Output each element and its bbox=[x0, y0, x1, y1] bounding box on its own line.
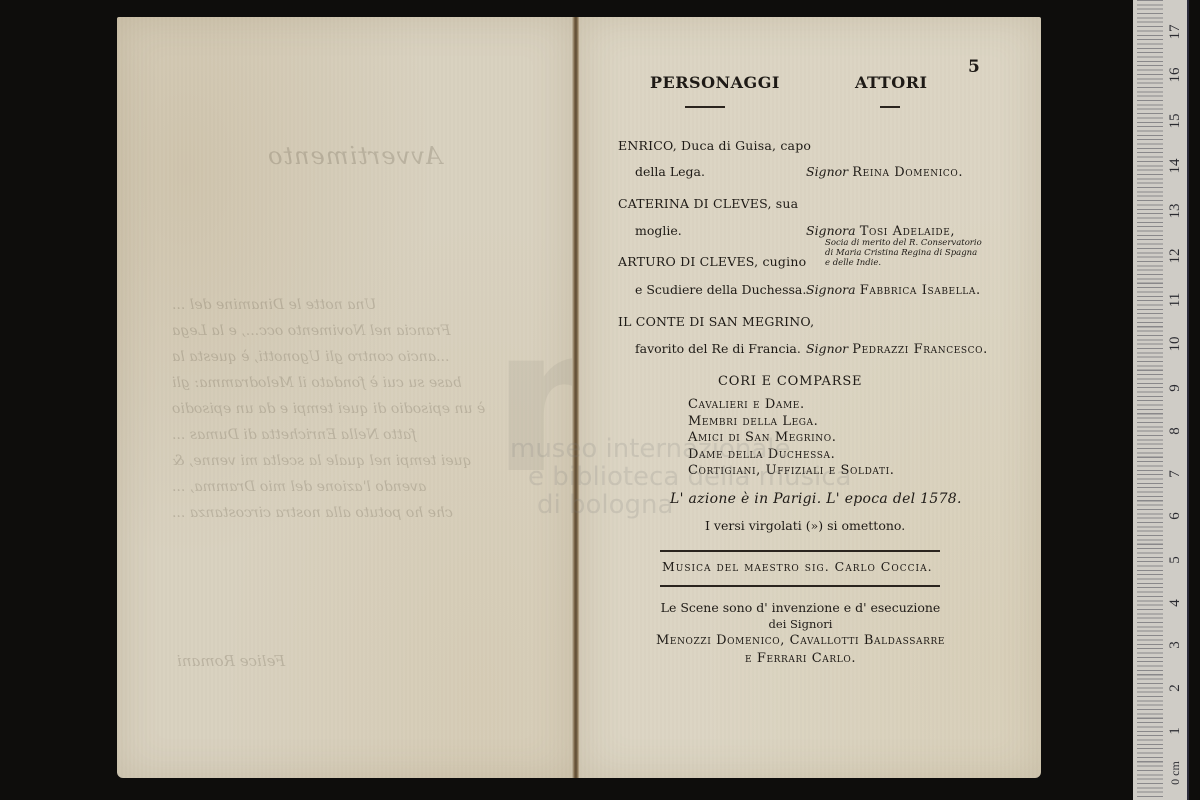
bleed-through-signature: Felice Romani bbox=[177, 652, 285, 670]
header-rule bbox=[880, 106, 900, 108]
ruler-label: 15 bbox=[1167, 109, 1183, 133]
ruler-label: 2 bbox=[1167, 676, 1183, 700]
ruler-label: 6 bbox=[1167, 504, 1183, 528]
scenery-line: Menozzi Domenico, Cavallotti Baldassarre bbox=[600, 633, 1001, 648]
right-page: 5 PERSONAGGI ATTORI ENRICO, Duca di Guis… bbox=[580, 17, 1041, 778]
scan-background: Avvertimento Una notte le Dinamine del .… bbox=[0, 0, 1200, 800]
watermark-text: e biblioteca della musica bbox=[528, 464, 851, 490]
ruler-label: 3 bbox=[1167, 633, 1183, 657]
actor-credit: Signor Reina Domenico. bbox=[806, 164, 963, 180]
ruler-label: 5 bbox=[1167, 548, 1183, 572]
actor-credit: Signora Fabbrica Isabella. bbox=[806, 282, 981, 298]
ruler-ticks bbox=[1137, 0, 1163, 800]
ruler-label: 17 bbox=[1167, 20, 1183, 44]
ruler-label: 7 bbox=[1167, 462, 1183, 486]
ruler-label: 1 bbox=[1167, 719, 1183, 743]
divider-rule bbox=[660, 585, 940, 587]
chorus-item: Cavalieri e Dame. bbox=[688, 397, 895, 414]
bleed-through-line: avendo l'azione del mio Dramma, ... bbox=[172, 479, 426, 495]
actor-note: e delle Indie. bbox=[825, 258, 881, 268]
ruler-label: 8 bbox=[1167, 419, 1183, 443]
role-line: e Scudiere della Duchessa. bbox=[635, 282, 806, 297]
actor-note: di Maria Cristina Regina di Spagna bbox=[825, 248, 977, 258]
left-page: Avvertimento Una notte le Dinamine del .… bbox=[117, 17, 572, 778]
music-credit: Musica del maestro sig. Carlo Coccia. bbox=[662, 559, 933, 574]
ruler-label: 12 bbox=[1167, 244, 1183, 268]
bleed-through-line: fatto Nella Enrichetta di Dumas ... bbox=[172, 427, 416, 443]
role-line: moglie. bbox=[635, 223, 682, 238]
header-rule bbox=[685, 106, 725, 108]
actor-title: Signora bbox=[806, 282, 856, 297]
ruler-label: 10 bbox=[1167, 332, 1183, 356]
ruler-label: 11 bbox=[1167, 288, 1183, 312]
bleed-through-line: Una notte le Dinamine del ... bbox=[172, 297, 376, 313]
measurement-ruler: 0 cm 1 2 3 4 5 6 7 8 9 10 11 12 13 14 15… bbox=[1133, 0, 1189, 800]
bleed-through-title: Avvertimento bbox=[267, 142, 442, 170]
chorus-item: Membri della Lega. bbox=[688, 414, 895, 431]
actor-name: Reina Domenico. bbox=[852, 165, 963, 180]
bleed-through-line: ...ancio contro gli Ugonotti, è questa l… bbox=[172, 349, 449, 365]
actor-title: Signor bbox=[806, 164, 848, 179]
role-line: della Lega. bbox=[635, 164, 705, 179]
ruler-label: 9 bbox=[1167, 376, 1183, 400]
header-attori: ATTORI bbox=[855, 73, 928, 92]
actor-name: Tosi Adelaide, bbox=[860, 224, 955, 239]
actor-title: Signor bbox=[806, 341, 848, 356]
ruler-label: 0 cm bbox=[1167, 761, 1183, 785]
ruler-label: 16 bbox=[1167, 63, 1183, 87]
actor-name: Pedrazzi Francesco. bbox=[852, 342, 988, 357]
ruler-label: 14 bbox=[1167, 154, 1183, 178]
watermark-text: museo internazionale bbox=[510, 436, 790, 462]
ruler-label: 13 bbox=[1167, 199, 1183, 223]
bleed-through-line: base su cui è fondato il Melodramma: gli bbox=[172, 375, 462, 391]
bleed-through-line: che ho potuto alla nostra circostanza ..… bbox=[172, 505, 453, 521]
role-line: ENRICO, Duca di Guisa, capo bbox=[618, 138, 811, 153]
header-personaggi: PERSONAGGI bbox=[650, 73, 780, 92]
book-gutter bbox=[572, 17, 580, 778]
ruler-label: 4 bbox=[1167, 591, 1183, 615]
role-line: CATERINA DI CLEVES, sua bbox=[618, 196, 798, 211]
actor-title: Signora bbox=[806, 223, 856, 238]
divider-rule bbox=[660, 550, 940, 552]
actor-credit: Signora Tosi Adelaide, bbox=[806, 223, 955, 239]
actor-credit: Signor Pedrazzi Francesco. bbox=[806, 341, 988, 357]
bleed-through-line: quei tempi nel quale la scelta mi venne,… bbox=[172, 453, 472, 469]
scenery-line: e Ferrari Carlo. bbox=[620, 651, 981, 666]
role-line: favorito del Re di Francia. bbox=[635, 341, 801, 356]
page-number: 5 bbox=[968, 57, 980, 77]
actor-note: Socia di merito del R. Conservatorio bbox=[825, 238, 982, 248]
role-line: ARTURO DI CLEVES, cugino bbox=[618, 254, 806, 269]
actor-name: Fabbrica Isabella. bbox=[860, 283, 981, 298]
watermark-text: di bologna bbox=[537, 492, 673, 518]
verse-note: I versi virgolati (») si omettono. bbox=[705, 518, 905, 533]
role-line: IL CONTE DI SAN MEGRINO, bbox=[618, 314, 814, 329]
bleed-through-line: è un episodio di quei tempi e da un epis… bbox=[172, 401, 485, 417]
bleed-through-line: Francia nel Novimento occ..., e la Lega bbox=[172, 323, 451, 339]
chorus-title: CORI E COMPARSE bbox=[718, 374, 862, 389]
scenery-line: Le Scene sono d' invenzione e d' esecuzi… bbox=[620, 600, 981, 615]
scenery-line: dei Signori bbox=[620, 617, 981, 631]
setting-line: L' azione è in Parigi. L' epoca del 1578… bbox=[670, 491, 962, 507]
